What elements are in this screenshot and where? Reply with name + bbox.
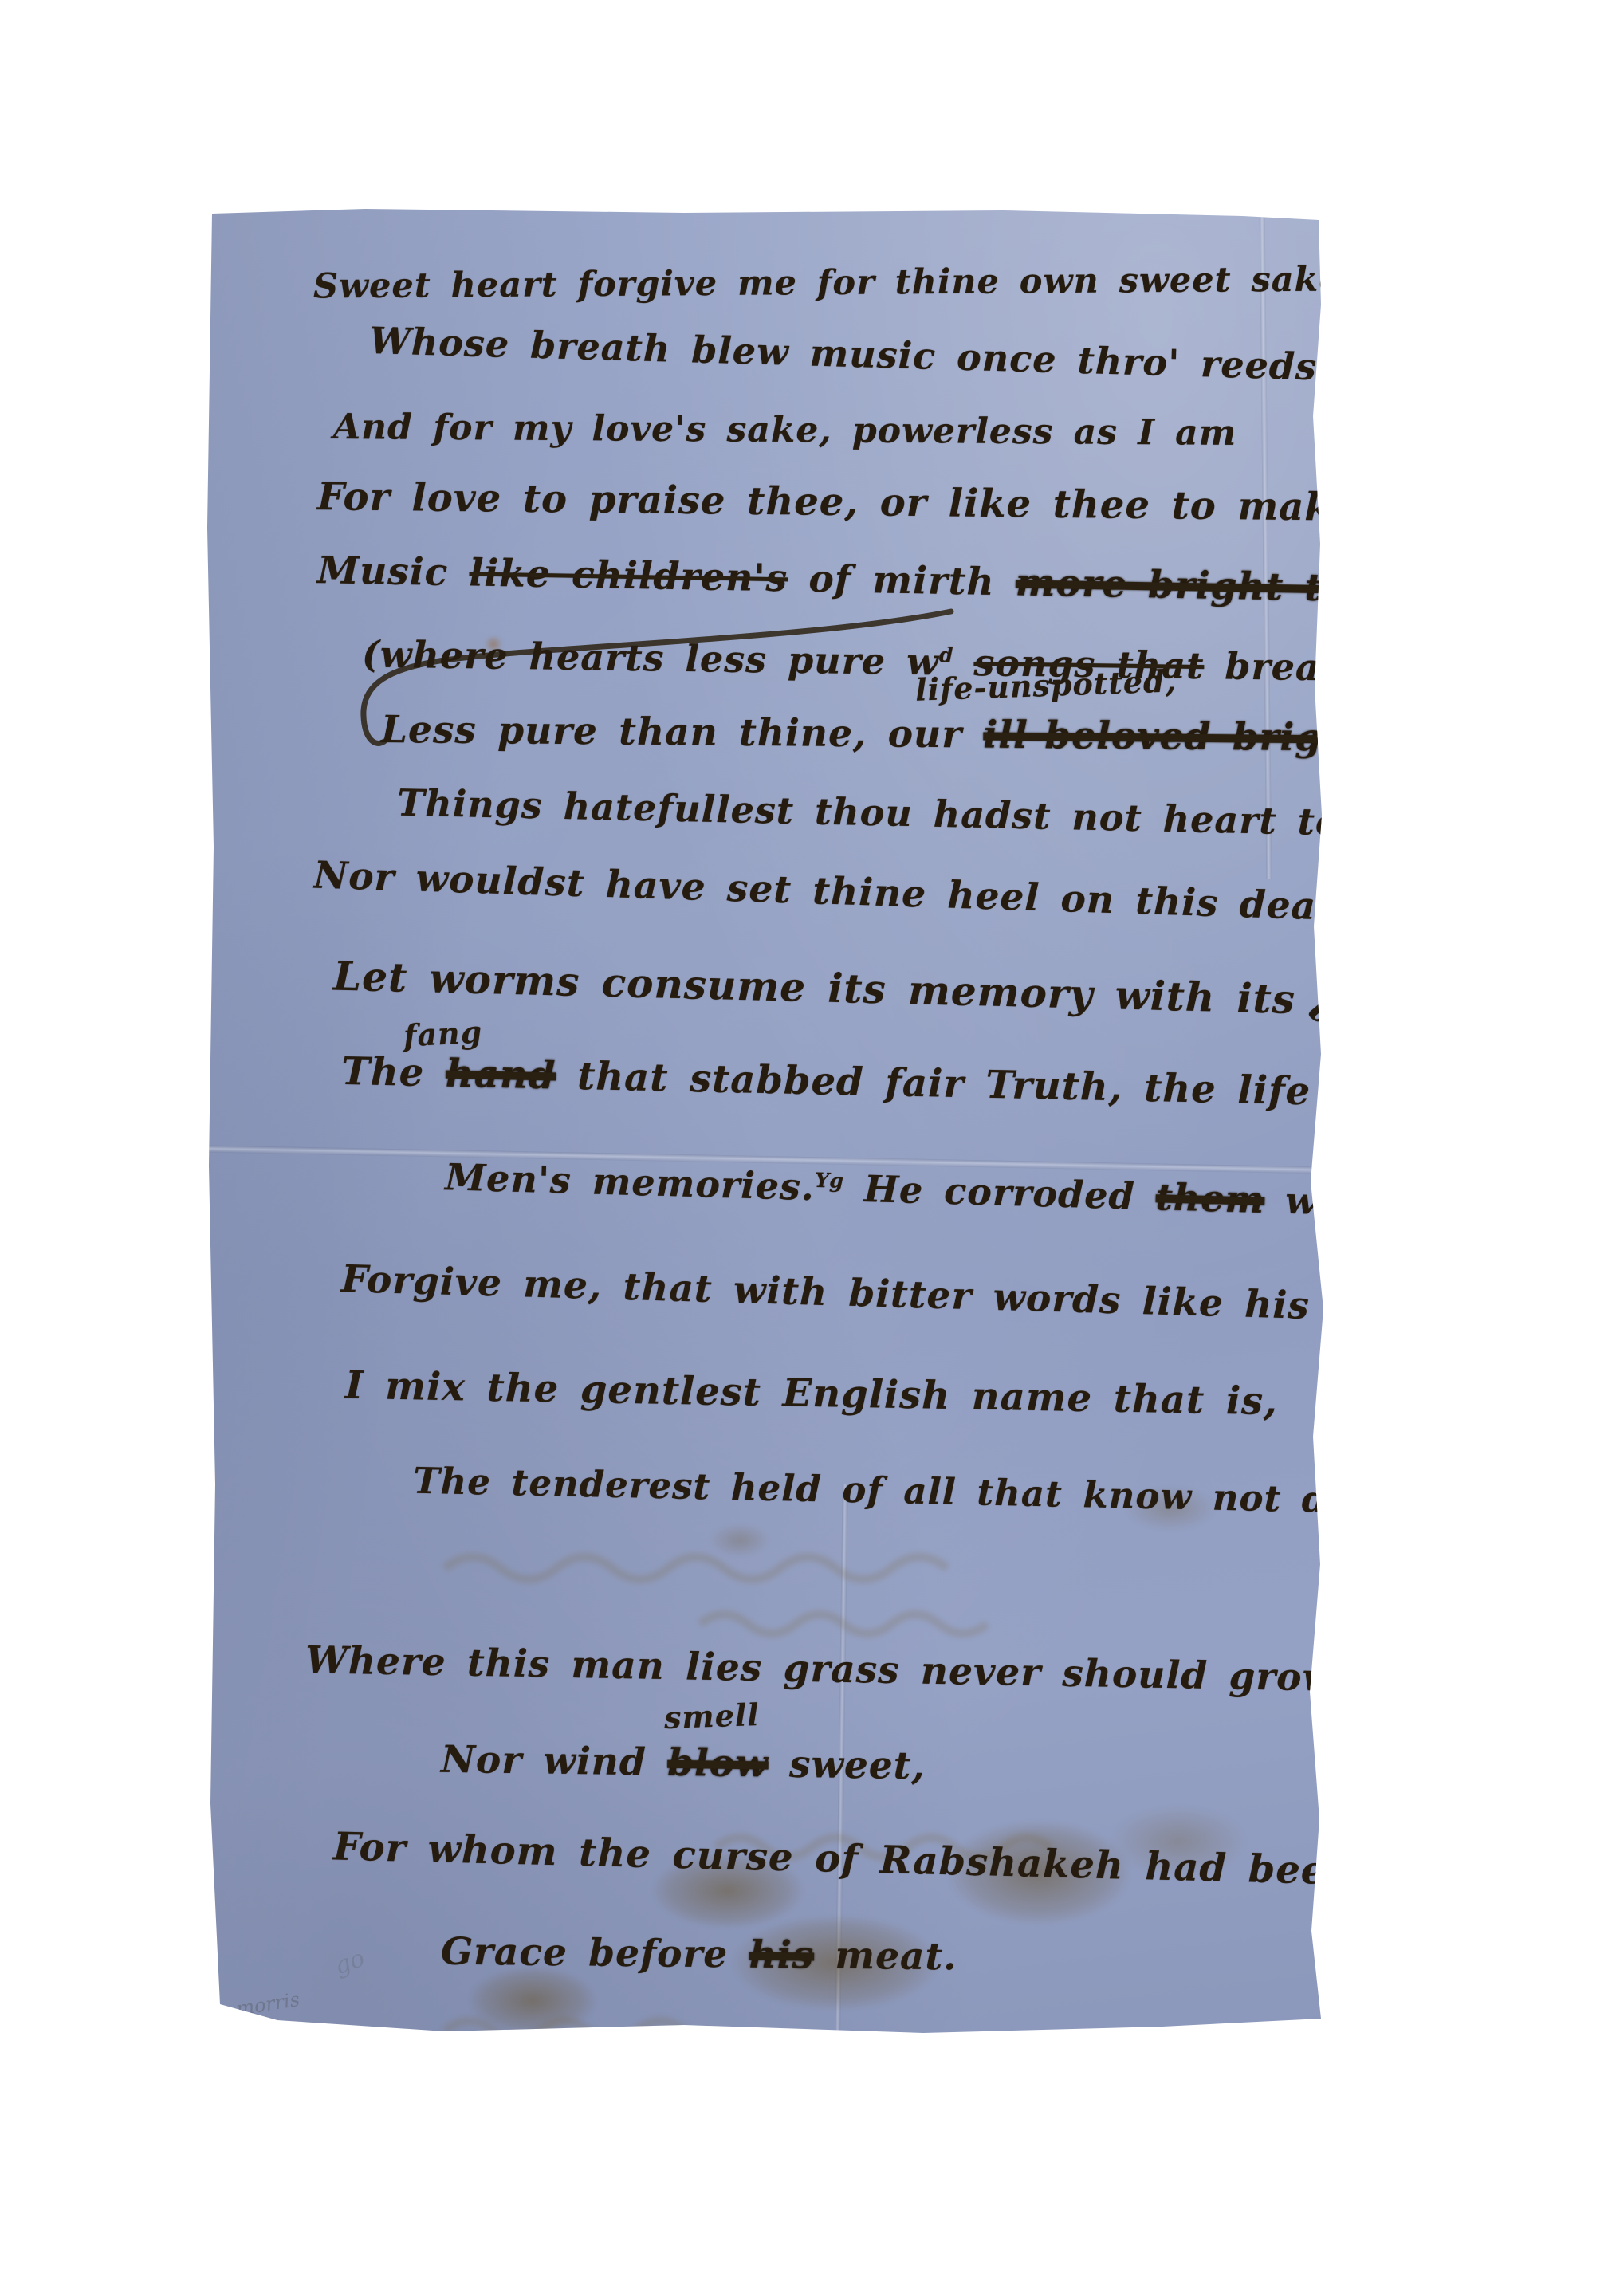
struck-segment: like children's (469, 551, 788, 600)
drop-segment: tongue (1300, 984, 1454, 1122)
word-segment: Whose breath blew music once thro' reeds… (369, 319, 1509, 394)
drop-segment: Lamb (1354, 725, 1479, 824)
word-segment: He corroded (843, 1166, 1157, 1218)
word-segment: sweet, (768, 1742, 926, 1788)
manuscript-line: Forgive me, that with bitter words like … (340, 1257, 1310, 1328)
fold-crease-vertical-top-right (1260, 209, 1272, 879)
drop-segment: stung (1429, 1079, 1556, 1191)
word-segment: The (341, 1049, 446, 1096)
struck-segment: his (749, 1933, 814, 1978)
manuscript-line: Whose breath blew music once thro' reeds… (369, 319, 1509, 394)
manuscript-line: Let worms consume its memory with its to… (332, 952, 1478, 1027)
struck-segment: more bright then (1015, 560, 1404, 611)
word-segment: For love to praise thee, or like thee to… (317, 474, 1358, 530)
word-segment: with its breath. (1264, 1178, 1608, 1232)
scan-background: Sweet heart forgive me for thine own swe… (0, 0, 1608, 2296)
manuscript-line: Grace before his meat. (441, 1930, 957, 1980)
word-segment: meat. (814, 1934, 957, 1980)
pencil-inscription: go (331, 1944, 368, 1981)
word-segment: The tenderest held of all that know not … (413, 1460, 1433, 1523)
manuscript-line: Things hatefullest thou hadst not heart … (397, 781, 1494, 847)
ink-stain (867, 2122, 971, 2182)
struck-segment: blow (667, 1741, 769, 1787)
word-segment: Grace before (441, 1930, 749, 1977)
word-segment: of mirth (788, 556, 1016, 604)
superscript-segment: Yg (815, 1168, 844, 1193)
word-segment: And for my love's sake, powerless as I a… (333, 407, 1237, 454)
word-segment: Nor wouldst have set thine heel on this … (313, 854, 1366, 930)
manuscript-line: And for my love's sake, powerless as I a… (333, 407, 1237, 454)
word-segment: (where hearts less pure w (362, 632, 939, 683)
word-segment: Music (317, 548, 470, 595)
struck-segment: ill-beloved bright (983, 714, 1368, 761)
struck-segment: hand (445, 1052, 556, 1099)
word-segment: Things hatefullest thou hadst not heart … (397, 781, 1494, 847)
ink-stain (533, 2066, 716, 2166)
manuscript-line: Sweet heart forgive me for thine own swe… (313, 259, 1342, 306)
ink-stain (469, 1967, 596, 2035)
manuscript-line: Nor wind blow sweet, (441, 1738, 926, 1788)
manuscript-line: The tenderest held of all that know not … (413, 1460, 1433, 1523)
struck-segment: them (1155, 1175, 1265, 1221)
inserted-word: smell (663, 1696, 760, 1736)
manuscript-page: Sweet heart forgive me for thine own swe… (206, 209, 1323, 2033)
word-segment: break (1204, 644, 1347, 689)
word-segment: Forgive me, that with bitter words like … (340, 1257, 1310, 1328)
manuscript-line: The hand that stabbed fair Truth, the li… (341, 1049, 1571, 1119)
pencil-inscription: morris (234, 1988, 301, 2020)
word-segment: Where this man lies grass never should g… (305, 1638, 1482, 1703)
word-segment: Sweet heart forgive me for thine own swe… (313, 259, 1342, 306)
ink-stain (708, 1523, 772, 1558)
word-segment: Nor wind (441, 1738, 668, 1785)
word-segment: Men's memories. (445, 1155, 816, 1209)
word-segment: Let worms consume its memory with its (332, 952, 1317, 1023)
manuscript-line: For love to praise thee, or like thee to… (317, 474, 1358, 530)
manuscript-line: I mix the gentlest English name that is, (345, 1363, 1279, 1424)
manuscript-line: Music like children's of mirth more brig… (317, 548, 1404, 611)
word-segment: I mix the gentlest English name that is, (345, 1363, 1279, 1424)
ink-stain (325, 2027, 401, 2074)
word-segment: Less pure than thine, our (381, 708, 984, 757)
superscript-segment: d (939, 643, 953, 666)
word-segment: that stabbed fair Truth, the life that (556, 1054, 1445, 1117)
manuscript-line: (where hearts less pure wd songs that br… (362, 632, 1347, 689)
manuscript-line: Nor wouldst have set thine heel on this … (313, 854, 1505, 935)
drop-segment: snake. (1350, 893, 1489, 1011)
manuscript-line: Less pure than thine, our ill-beloved br… (381, 708, 1488, 761)
inserted-word: fang (403, 1013, 483, 1053)
manuscript-line: Where this man lies grass never should g… (305, 1638, 1482, 1703)
